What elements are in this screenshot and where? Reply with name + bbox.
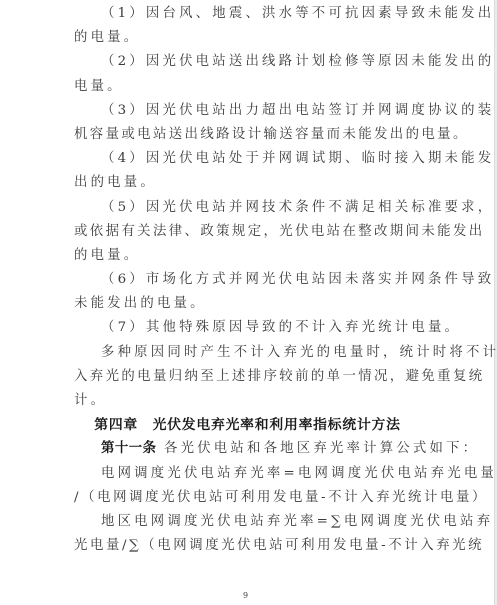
- list-item-5-cont: 或依据有关法律、政策规定，光伏电站在整改期间未能发出: [74, 220, 421, 244]
- formula-station-rate-cont: /（电网调度光伏电站可利用发电量-不计入弃光统计电量）: [74, 486, 421, 510]
- paragraph-multiple-causes: 多种原因同时产生不计入弃光的电量时，统计时将不计: [74, 341, 421, 365]
- formula-region-rate: 地区电网调度光伏电站弃光率=∑电网调度光伏电站弃: [74, 510, 421, 534]
- list-item-7: （7）其他特殊原因导致的不计入弃光统计电量。: [74, 316, 421, 340]
- list-item-1-cont: 的电量。: [74, 26, 421, 50]
- page-number: 9: [243, 591, 248, 600]
- article-11: 第十一条 各光伏电站和各地区弃光率计算公式如下：: [74, 437, 421, 461]
- list-item-3: （3）因光伏电站出力超出电站签订并网调度协议的装: [74, 99, 421, 123]
- paragraph-multiple-causes-cont2: 计。: [74, 389, 421, 413]
- formula-region-rate-cont: 光电量/∑（电网调度光伏电站可利用发电量-不计入弃光统: [74, 534, 421, 558]
- list-item-5-cont2: 的电量。: [74, 244, 421, 268]
- list-item-1: （1）因台风、地震、洪水等不可抗因素导致未能发出: [74, 2, 421, 26]
- list-item-2: （2）因光伏电站送出线路计划检修等原因未能发出的: [74, 50, 421, 74]
- list-item-6: （6）市场化方式并网光伏电站因未落实并网条件导致: [74, 268, 421, 292]
- list-item-3-cont: 机容量或电站送出线路设计输送容量而未能发出的电量。: [74, 123, 421, 147]
- article-text: 各光伏电站和各地区弃光率计算公式如下：: [164, 441, 479, 456]
- list-item-4-cont: 出的电量。: [74, 171, 421, 195]
- formula-station-rate: 电网调度光伏电站弃光率=电网调度光伏电站弃光电量: [74, 462, 421, 486]
- document-page: （1）因台风、地震、洪水等不可抗因素导致未能发出 的电量。 （2）因光伏电站送出…: [74, 2, 421, 558]
- list-item-5: （5）因光伏电站并网技术条件不满足相关标准要求，: [74, 196, 421, 220]
- list-item-2-cont: 电量。: [74, 75, 421, 99]
- paragraph-multiple-causes-cont: 入弃光的电量归纳至上述排序较前的单一情况，避免重复统: [74, 365, 421, 389]
- article-label: 第十一条: [101, 441, 157, 456]
- list-item-6-cont: 未能发出的电量。: [74, 292, 421, 316]
- list-item-4: （4）因光伏电站处于并网调试期、临时接入期未能发: [74, 147, 421, 171]
- chapter-heading: 第四章 光伏发电弃光率和利用率指标统计方法: [74, 413, 421, 437]
